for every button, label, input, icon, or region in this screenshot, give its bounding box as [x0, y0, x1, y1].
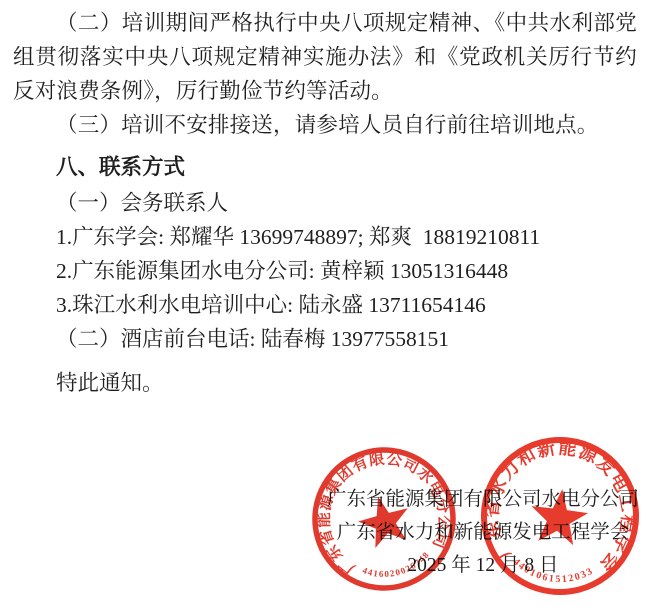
- signature-org1: 广东省能源集团有限公司水电分公司: [323, 484, 643, 517]
- signature-date: 2025 年 12 月 8 日: [323, 550, 643, 583]
- section-heading-contact: 八、联系方式: [13, 150, 637, 184]
- contact-item: （二）酒店前台电话: 陆春梅 13977558151: [13, 322, 637, 356]
- contact-intro: （一）会务联系人: [13, 186, 637, 220]
- signature-block: 广东省能源集团有限公司水电分公司 广东省水力和新能源发电工程学会 2025 年 …: [323, 484, 643, 582]
- contact-item: 2.广东能源集团水电分公司: 黄梓颖 13051316448: [13, 254, 637, 288]
- closing-statement: 特此通知。: [13, 366, 637, 400]
- contact-item: 3.珠江水利水电培训中心: 陆永盛 13711654146: [13, 288, 637, 322]
- signature-org2: 广东省水力和新能源发电工程学会: [323, 517, 643, 550]
- contact-item: 1.广东学会: 郑耀华 13699748897; 郑爽 18819210811: [13, 220, 637, 254]
- paragraph-transport: （三）培训不安排接送，请参培人员自行前往培训地点。: [13, 108, 637, 142]
- paragraph-regulations: （二）培训期间严格执行中央八项规定精神、《中共水利部党组贯彻落实中央八项规定精神…: [13, 6, 637, 108]
- notice-document: （二）培训期间严格执行中央八项规定精神、《中共水利部党组贯彻落实中央八项规定精神…: [13, 6, 637, 400]
